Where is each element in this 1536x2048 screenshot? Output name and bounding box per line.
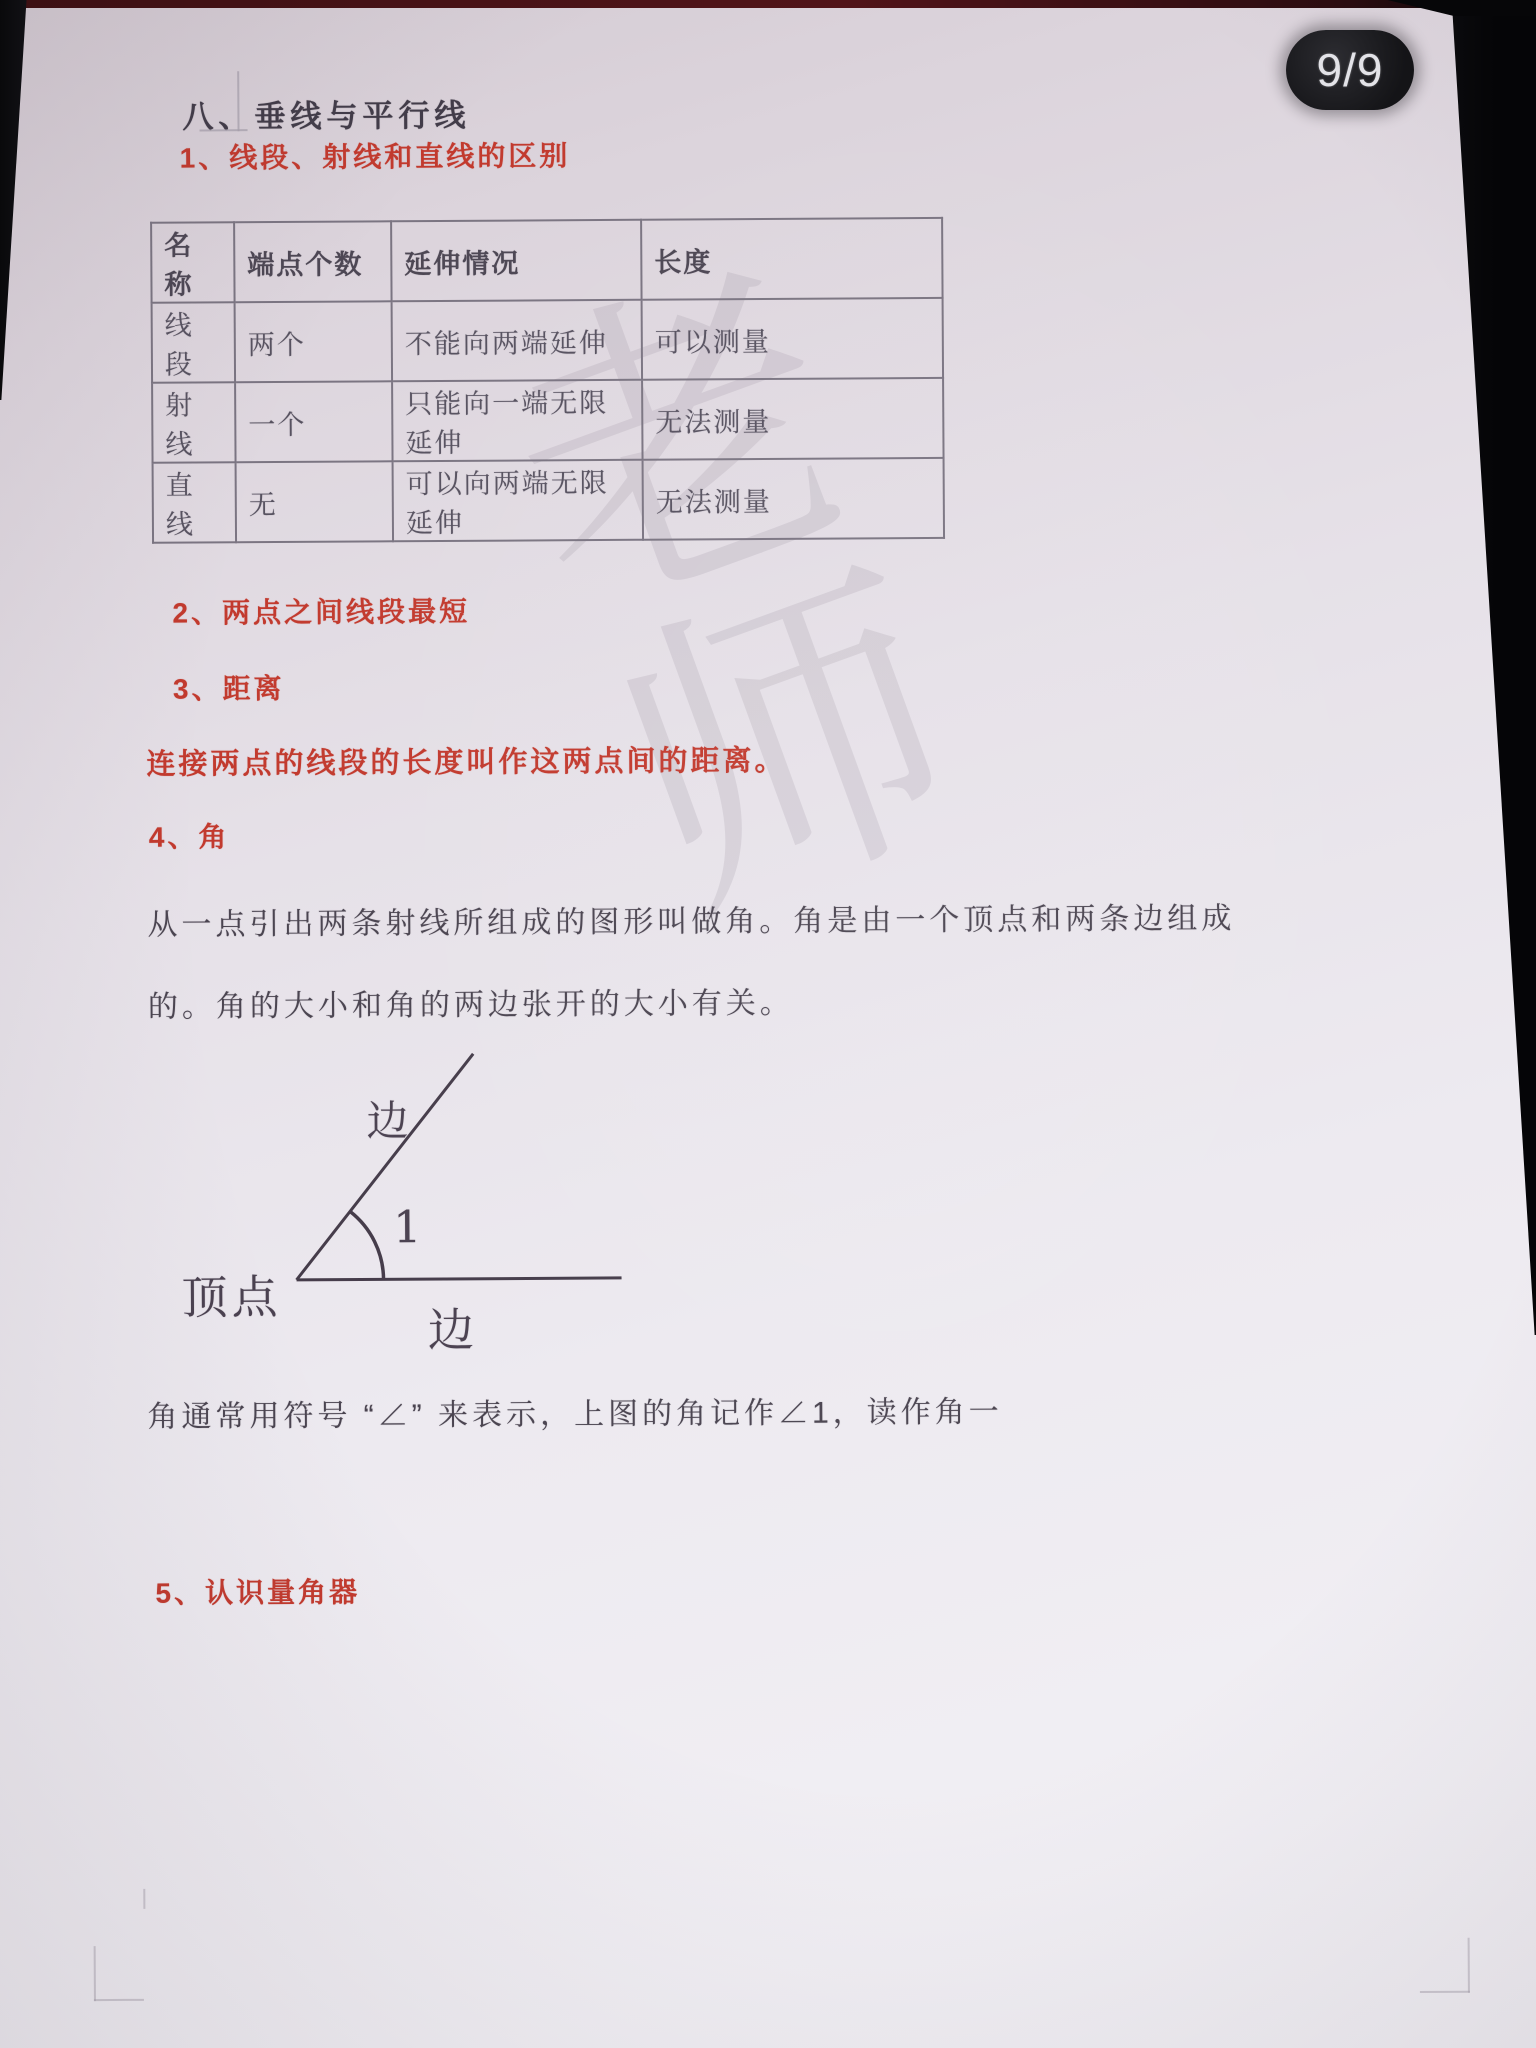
heading-angle: 4、角	[149, 815, 230, 855]
line-comparison-table: 名称 端点个数 延伸情况 长度 线段 两个 不能向两端延伸 可以测量 射线 一个…	[150, 217, 945, 544]
crop-mark-icon	[94, 1999, 144, 2001]
table-cell: 两个	[235, 301, 392, 382]
table-cell: 无	[236, 461, 393, 542]
table-header-cell: 延伸情况	[391, 220, 641, 302]
page-indicator-text: 9/9	[1317, 43, 1384, 97]
angle-number-label: 1	[393, 1202, 421, 1253]
table-cell: 可以测量	[642, 298, 943, 380]
lower-side-label: 边	[428, 1294, 474, 1360]
crop-mark-icon	[1468, 1938, 1470, 1993]
angle-definition-line1: 从一点引出两条射线所组成的图形叫做角。角是由一个顶点和两条边组成	[147, 893, 1235, 944]
heading-protractor: 5、认识量角器	[155, 1571, 360, 1612]
table-cell: 可以向两端无限延伸	[393, 460, 643, 542]
table-cell: 无法测量	[642, 378, 943, 460]
table-row: 直线 无 可以向两端无限延伸 无法测量	[153, 458, 944, 543]
table-cell: 只能向一端无限延伸	[392, 380, 642, 462]
heading-shortest-segment: 2、两点之间线段最短	[172, 590, 470, 632]
upper-side-label: 边	[366, 1088, 408, 1148]
page-indicator-badge[interactable]: 9/9	[1286, 30, 1414, 110]
table-cell: 射线	[152, 382, 235, 463]
table-header-cell: 长度	[641, 218, 942, 300]
crop-mark-icon	[200, 129, 248, 131]
heading-line-types: 1、线段、射线和直线的区别	[180, 134, 571, 176]
table-header-cell: 端点个数	[234, 221, 391, 302]
crop-mark-icon	[94, 1946, 96, 2001]
table-header-cell: 名称	[151, 222, 234, 303]
crop-mark-icon	[237, 71, 239, 131]
photo-frame: 老师 八、垂线与平行线 1、线段、射线和直线的区别 名称 端点个数 延伸情况 长…	[0, 0, 1536, 2048]
table-cell: 不能向两端延伸	[392, 300, 642, 382]
table-cell: 直线	[153, 462, 236, 543]
photo-top-edge	[0, 0, 1536, 8]
table-cell: 线段	[152, 302, 235, 383]
vertex-label: 顶点	[181, 1261, 281, 1328]
distance-definition: 连接两点的线段的长度叫作这两点间的距离。	[146, 738, 786, 783]
table-cell: 一个	[235, 381, 392, 462]
angle-notation-line: 角通常用符号 “∠” 来表示，上图的角记作∠1，读作角一	[147, 1387, 1003, 1436]
angle-arc	[350, 1211, 383, 1279]
angle-definition-line2: 的。角的大小和角的两边张开的大小有关。	[148, 978, 794, 1026]
crop-mark-icon	[143, 1889, 145, 1909]
heading-distance: 3、距离	[173, 667, 285, 708]
table-cell: 无法测量	[643, 458, 944, 540]
angle-horizontal-ray	[297, 1278, 622, 1280]
crop-mark-icon	[1420, 1991, 1470, 1993]
document-content: 八、垂线与平行线 1、线段、射线和直线的区别 名称 端点个数 延伸情况 长度 线…	[0, 0, 1536, 2048]
table-row: 线段 两个 不能向两端延伸 可以测量	[152, 298, 943, 383]
table-row: 射线 一个 只能向一端无限延伸 无法测量	[152, 378, 943, 463]
table-header-row: 名称 端点个数 延伸情况 长度	[151, 218, 942, 303]
